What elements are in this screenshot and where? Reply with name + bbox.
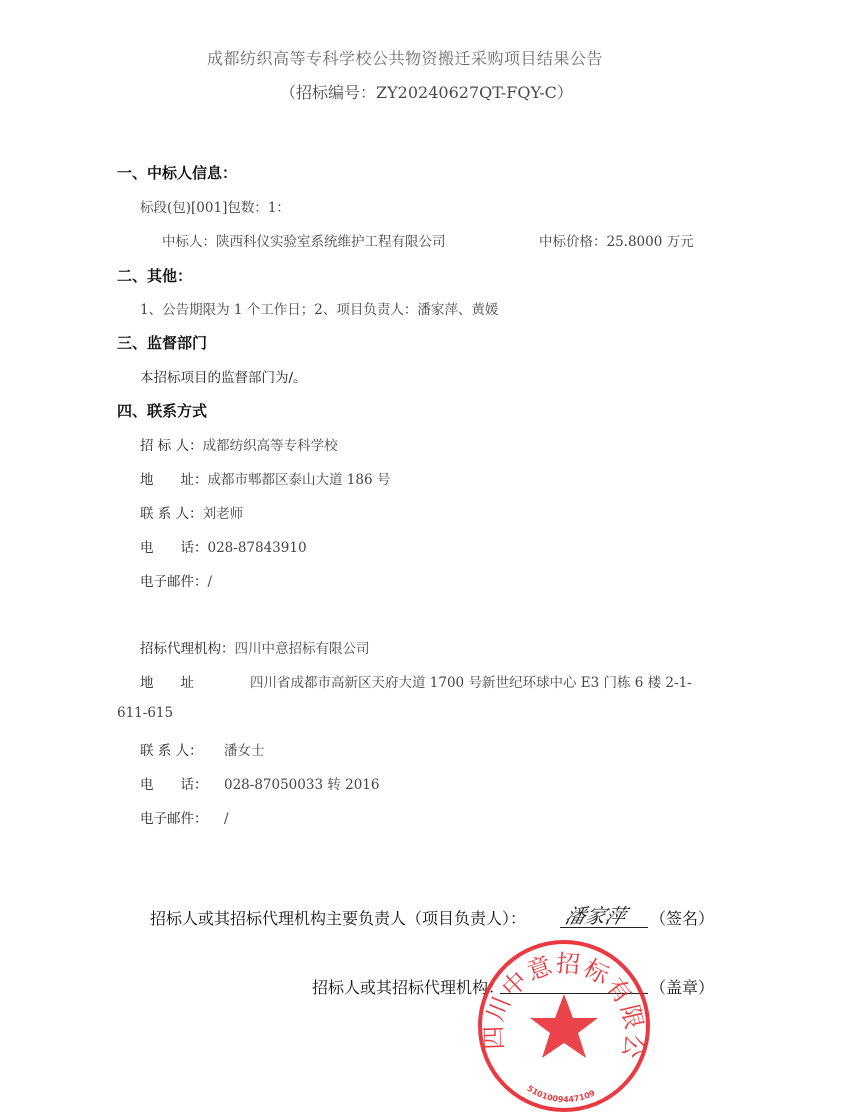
tenderer-address-row: 地 址：成都市郫都区泰山大道 186 号 (140, 468, 390, 488)
tenderer-email-row: 电子邮件：/ (140, 570, 212, 590)
agency-phone: 028-87050033 转 2016 (224, 777, 379, 793)
agency-name-row: 招标代理机构：四川中意招标有限公司 (140, 637, 370, 657)
signature-line (560, 927, 648, 928)
tenderer-email-label: 电子邮件： (140, 574, 208, 590)
agency-contact-row: 联 系 人：潘女士 (140, 739, 265, 759)
winning-bidder: 中标人：陕西科仪实验室系统维护工程有限公司 (162, 230, 446, 250)
handwritten-signature: 潘家萍 (562, 900, 630, 929)
agency-name: 四川中意招标有限公司 (235, 641, 370, 657)
tenderer-name: 成都纺织高等专科学校 (203, 438, 338, 454)
agency-phone-row: 电 话：028-87050033 转 2016 (140, 773, 379, 793)
svg-text:5101009447109: 5101009447109 (525, 1084, 596, 1104)
agency-phone-label: 电 话： (140, 773, 224, 793)
tenderer-name-row: 招 标 人：成都纺织高等专科学校 (140, 434, 338, 454)
tenderer-phone-label: 电 话： (140, 540, 208, 556)
tenderer-contact-label: 联 系 人： (140, 506, 203, 522)
section-heading-supervision: 三、监督部门 (117, 332, 207, 353)
tenderer-email: / (208, 574, 213, 590)
tenderer-contact-row: 联 系 人：刘老师 (140, 502, 243, 522)
supervision-info: 本招标项目的监督部门为/。 (140, 366, 307, 386)
winning-price: 中标价格：25.8000 万元 (539, 230, 694, 250)
agency-address-line1: 四川省成都市高新区天府大道 1700 号新世纪环球中心 E3 门栋 6 楼 2-… (250, 675, 692, 691)
other-info: 1、公告期限为 1 个工作日；2、项目负责人：潘家萍、黄媛 (140, 298, 498, 318)
tenderer-name-label: 招 标 人： (140, 438, 203, 454)
tenderer-phone-row: 电 话：028-87843910 (140, 536, 307, 556)
seal-number: 5101009447109 (525, 1084, 596, 1104)
signature-label: 招标人或其招标代理机构主要负责人（项目负责人）： (150, 906, 526, 929)
agency-address-row: 地 址四川省成都市高新区天府大道 1700 号新世纪环球中心 E3 门栋 6 楼… (140, 671, 692, 691)
agency-email: / (224, 811, 229, 827)
tenderer-address: 成都市郫都区泰山大道 186 号 (208, 472, 391, 488)
section-heading-other: 二、其他： (117, 265, 192, 286)
document-title: 成都纺织高等专科学校公共物资搬迁采购项目结果公告 (207, 46, 603, 69)
stamp-suffix: （盖章） (650, 975, 714, 998)
agency-address-label: 地 址 (140, 671, 250, 691)
agency-name-label: 招标代理机构： (140, 641, 235, 657)
company-seal-icon: 四川中意招标有限公司 5101009447109 (474, 936, 654, 1113)
tenderer-contact: 刘老师 (203, 506, 244, 522)
lot-info: 标段(包)[001]包数：1： (140, 196, 290, 216)
tenderer-phone: 028-87843910 (208, 540, 307, 556)
document-subtitle: （招标编号：ZY20240627QT-FQY-C） (280, 80, 573, 103)
agency-contact-label: 联 系 人： (140, 739, 224, 759)
agency-address-line2: 611-615 (117, 705, 173, 721)
tenderer-address-label: 地 址： (140, 472, 208, 488)
signature-suffix: （签名） (650, 906, 714, 929)
agency-email-row: 电子邮件：/ (140, 807, 229, 827)
agency-email-label: 电子邮件： (140, 807, 224, 827)
section-heading-winner: 一、中标人信息： (117, 162, 237, 183)
agency-contact: 潘女士 (224, 743, 265, 759)
section-heading-contact: 四、联系方式 (117, 400, 207, 421)
